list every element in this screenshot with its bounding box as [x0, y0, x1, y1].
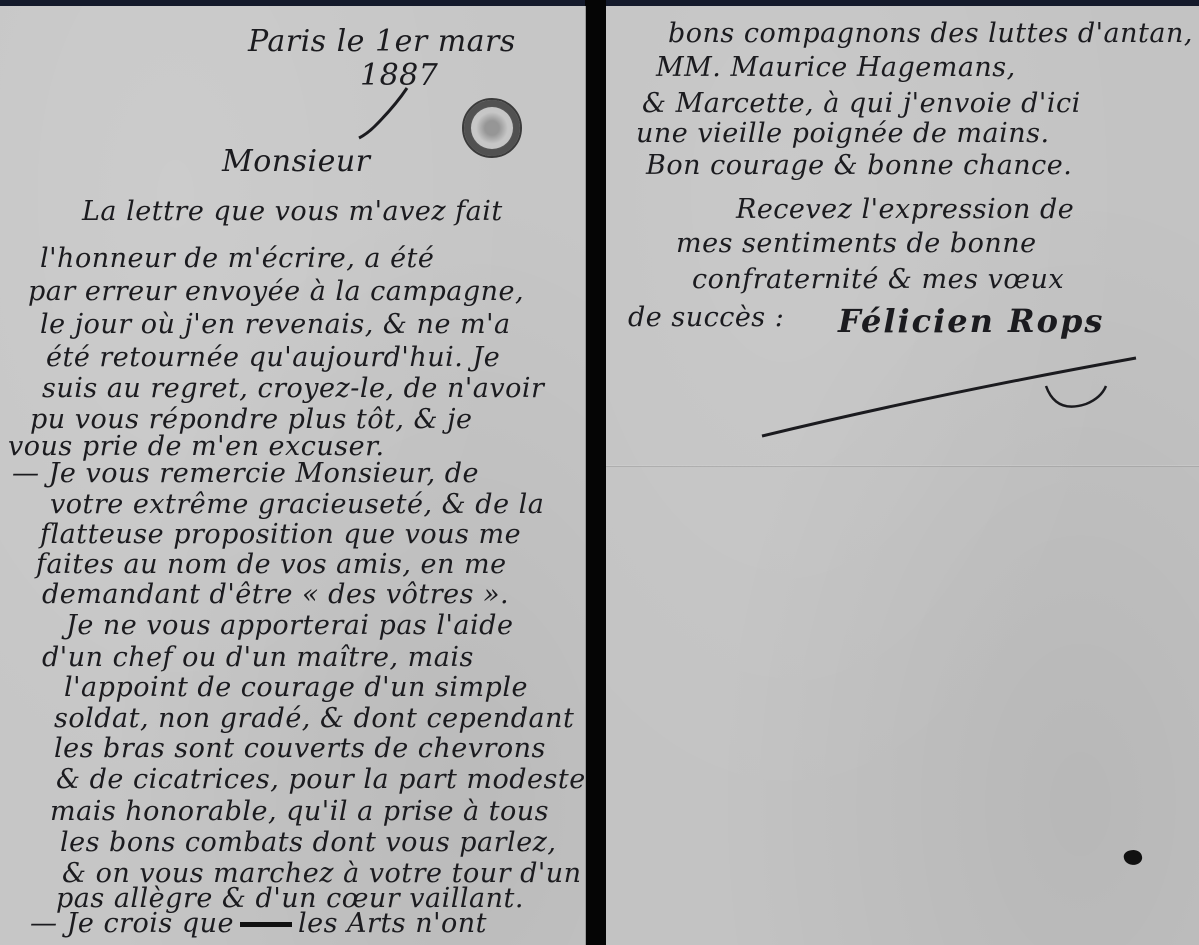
closing-line: Recevez l'expression de [736, 194, 1074, 225]
date-line: Paris le 1er mars [248, 24, 516, 59]
letter-line: bons compagnons des luttes d'antan, [668, 18, 1193, 49]
letter-line: & Marcette, à qui j'envoie d'ici [642, 88, 1081, 119]
line-text-before: — Je crois que [30, 908, 234, 939]
letter-line: & de cicatrices, pour la part modeste [56, 764, 586, 795]
letter-line: votre extrême gracieuseté, & de la [50, 489, 544, 520]
letter-line: l'honneur de m'écrire, a été [40, 243, 434, 274]
signature-flourish [756, 336, 1156, 446]
letter-line: le jour où j'en revenais, & ne m'a [40, 309, 511, 340]
closing-line: mes sentiments de bonne [676, 228, 1037, 259]
letter-line: suis au regret, croyez-le, de n'avoir [42, 373, 544, 404]
struck-out-word [240, 922, 292, 927]
letter-line: soldat, non gradé, & dont cependant [54, 703, 574, 734]
closing-line: de succès : [628, 302, 784, 333]
date-flourish [355, 86, 415, 146]
letter-line: par erreur envoyée à la campagne, [28, 276, 524, 307]
line-text-after: les Arts n'ont [298, 908, 487, 939]
letter-line: flatteuse proposition que vous me [40, 519, 521, 550]
letter-line: faites au nom de vos amis, en me [36, 549, 507, 580]
letter-line: les bons combats dont vous parlez, [60, 827, 556, 858]
letter-line: MM. Maurice Hagemans, [656, 52, 1016, 83]
salutation: Monsieur [222, 144, 371, 179]
letter-line: — Je vous remercie Monsieur, de [12, 458, 479, 489]
letter-line: Je ne vous apporterai pas l'aide [66, 610, 513, 641]
page-gutter [585, 0, 606, 945]
letter-line: les bras sont couverts de chevrons [54, 733, 546, 764]
letter-line-last: — Je crois queles Arts n'ont [30, 908, 487, 939]
letter-line: demandant d'être « des vôtres ». [42, 579, 509, 610]
letter-line: été retournée qu'aujourd'hui. Je [46, 342, 500, 373]
signature: Félicien Rops [838, 302, 1104, 340]
letter-line: d'un chef ou d'un maître, mais [42, 642, 474, 673]
fold-crease [606, 465, 1199, 467]
letter-line: l'appoint de courage d'un simple [64, 672, 528, 703]
letter-page-left: Paris le 1er mars 1887 Monsieur La lettr… [0, 6, 586, 945]
closing-line: confraternité & mes vœux [692, 264, 1064, 295]
letter-line: une vieille poignée de mains. [636, 118, 1050, 149]
library-stamp [462, 98, 522, 158]
letter-page-right: bons compagnons des luttes d'antan, MM. … [606, 6, 1199, 945]
letter-line: La lettre que vous m'avez fait [82, 196, 503, 227]
letter-line: mais honorable, qu'il a prise à tous [50, 796, 549, 827]
letter-line: Bon courage & bonne chance. [646, 150, 1072, 181]
